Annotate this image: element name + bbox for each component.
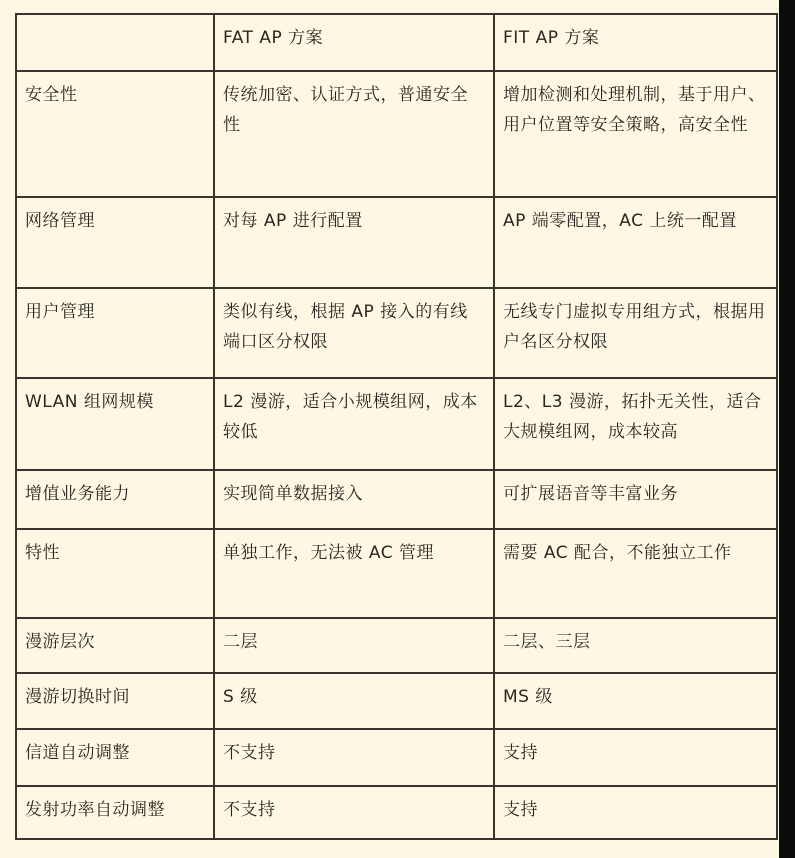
header-cell-empty <box>16 14 214 71</box>
fit-cell: 增加检测和处理机制，基于用户、用户位置等安全策略，高安全性 <box>494 71 777 197</box>
table-row: 漫游层次 二层 二层、三层 <box>16 618 777 673</box>
fat-cell: 不支持 <box>214 786 494 839</box>
feature-cell: 发射功率自动调整 <box>16 786 214 839</box>
table-row: 发射功率自动调整 不支持 支持 <box>16 786 777 839</box>
feature-cell: 漫游层次 <box>16 618 214 673</box>
fit-cell: 需要 AC 配合，不能独立工作 <box>494 529 777 618</box>
header-cell-fat-ap: FAT AP 方案 <box>214 14 494 71</box>
fat-cell: 不支持 <box>214 729 494 786</box>
table-row: WLAN 组网规模 L2 漫游，适合小规模组网，成本较低 L2、L3 漫游，拓扑… <box>16 378 777 470</box>
fat-cell: 传统加密、认证方式，普通安全性 <box>214 71 494 197</box>
comparison-table: FAT AP 方案 FIT AP 方案 安全性 传统加密、认证方式，普通安全性 … <box>15 13 778 840</box>
fat-cell: S 级 <box>214 673 494 729</box>
feature-cell: 网络管理 <box>16 197 214 288</box>
fit-cell: L2、L3 漫游，拓扑无关性，适合大规模组网，成本较高 <box>494 378 777 470</box>
fit-cell: 无线专门虚拟专用组方式，根据用户名区分权限 <box>494 288 777 378</box>
fat-cell: 对每 AP 进行配置 <box>214 197 494 288</box>
table-row: 用户管理 类似有线，根据 AP 接入的有线端口区分权限 无线专门虚拟专用组方式，… <box>16 288 777 378</box>
table-row: 漫游切换时间 S 级 MS 级 <box>16 673 777 729</box>
fit-cell: 支持 <box>494 786 777 839</box>
table-row: 特性 单独工作，无法被 AC 管理 需要 AC 配合，不能独立工作 <box>16 529 777 618</box>
fit-cell: 支持 <box>494 729 777 786</box>
feature-cell: 漫游切换时间 <box>16 673 214 729</box>
header-row: FAT AP 方案 FIT AP 方案 <box>16 14 777 71</box>
feature-cell: 增值业务能力 <box>16 470 214 529</box>
feature-cell: 信道自动调整 <box>16 729 214 786</box>
fat-cell: 单独工作，无法被 AC 管理 <box>214 529 494 618</box>
right-dark-border <box>779 0 795 858</box>
header-cell-fit-ap: FIT AP 方案 <box>494 14 777 71</box>
table-row: 增值业务能力 实现简单数据接入 可扩展语音等丰富业务 <box>16 470 777 529</box>
fat-cell: 二层 <box>214 618 494 673</box>
feature-cell: WLAN 组网规模 <box>16 378 214 470</box>
feature-cell: 安全性 <box>16 71 214 197</box>
fit-cell: MS 级 <box>494 673 777 729</box>
table-row: 信道自动调整 不支持 支持 <box>16 729 777 786</box>
fit-cell: 可扩展语音等丰富业务 <box>494 470 777 529</box>
fat-cell: 实现简单数据接入 <box>214 470 494 529</box>
table-row: 安全性 传统加密、认证方式，普通安全性 增加检测和处理机制，基于用户、用户位置等… <box>16 71 777 197</box>
fat-cell: L2 漫游，适合小规模组网，成本较低 <box>214 378 494 470</box>
feature-cell: 特性 <box>16 529 214 618</box>
fit-cell: 二层、三层 <box>494 618 777 673</box>
fit-cell: AP 端零配置，AC 上统一配置 <box>494 197 777 288</box>
table-row: 网络管理 对每 AP 进行配置 AP 端零配置，AC 上统一配置 <box>16 197 777 288</box>
fat-cell: 类似有线，根据 AP 接入的有线端口区分权限 <box>214 288 494 378</box>
feature-cell: 用户管理 <box>16 288 214 378</box>
